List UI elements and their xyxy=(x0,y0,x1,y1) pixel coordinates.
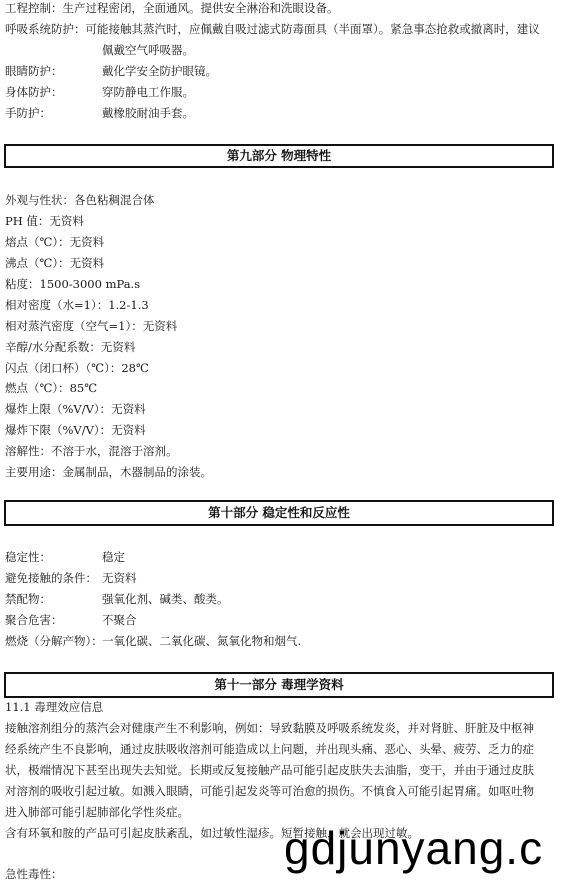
stability-row: 稳定性：稳定 xyxy=(5,549,51,565)
hand-protection-row: 手防护：戴橡胶耐油手套。 xyxy=(5,105,51,121)
section-11-header: 第十一部分 毒理学资料 xyxy=(4,672,554,698)
polymerization-hazard-row: 聚合危害：不聚合 xyxy=(5,612,63,628)
engineering-control-label: 工程控制： xyxy=(5,1,63,15)
acute-toxicity-label: 急性毒性： xyxy=(5,866,63,882)
combustion-products-value: 一氧化碳、二氧化碳、氮氧化物和烟气. xyxy=(102,633,301,649)
eye-protection-label: 眼睛防护： xyxy=(5,64,63,78)
stability-value: 稳定 xyxy=(102,549,125,565)
incompatible-materials-value: 强氧化剂、碱类、酸类。 xyxy=(102,591,229,607)
physical-property-item: 主要用途：金属制品，木器制品的涂装。 xyxy=(5,464,212,480)
polymerization-hazard-label: 聚合危害： xyxy=(5,613,63,627)
body-protection-value: 穿防静电工作服。 xyxy=(102,84,194,100)
physical-property-item: 外观与性状：各色粘稠混合体 xyxy=(5,192,155,208)
toxicology-paragraph-line: 接触溶剂组分的蒸汽会对健康产生不利影响，例如：导致黏膜及呼吸系统发炎，并对肾脏、… xyxy=(5,720,534,736)
combustion-products-row: 燃烧（分解产物）：一氧化碳、二氧化碳、氮氧化物和烟气. xyxy=(5,633,103,649)
toxicology-paragraph-line: 进入肺部可能引起肺部化学性炎症。 xyxy=(5,804,189,820)
eye-protection-row: 眼睛防护：戴化学安全防护眼镜。 xyxy=(5,63,63,79)
physical-property-item: 粘度：1500-3000 mPa.s xyxy=(5,276,140,292)
incompatible-materials-label: 禁配物： xyxy=(5,592,51,606)
physical-property-item: 爆炸上限（%V/V）：无资料 xyxy=(5,401,146,417)
respiratory-protection-row: 呼吸系统防护：可能接触其蒸汽时，应佩戴自吸过滤式防毒面具（半面罩）。紧急事态抢救… xyxy=(5,21,540,37)
section-10-title: 第十部分 稳定性和反应性 xyxy=(6,505,552,521)
physical-property-item: 沸点（℃）：无资料 xyxy=(5,255,104,271)
physical-property-item: PH 值：无资料 xyxy=(5,213,84,229)
respiratory-protection-value: 可能接触其蒸汽时，应佩戴自吸过滤式防毒面具（半面罩）。紧急事态抢救或撤离时，建议 xyxy=(86,22,540,36)
hand-protection-value: 戴橡胶耐油手套。 xyxy=(102,105,194,121)
eye-protection-value: 戴化学安全防护眼镜。 xyxy=(102,63,217,79)
combustion-products-label: 燃烧（分解产物）： xyxy=(5,634,103,648)
section-10-header: 第十部分 稳定性和反应性 xyxy=(4,500,554,526)
conditions-to-avoid-row: 避免接触的条件：无资料 xyxy=(5,570,97,586)
toxicology-subheading: 11.1 毒理效应信息 xyxy=(5,699,103,715)
physical-property-item: 燃点（℃）：85℃ xyxy=(5,380,97,396)
physical-property-item: 相对密度（水=1）：1.2-1.3 xyxy=(5,297,149,313)
engineering-control-row: 工程控制：生产过程密闭，全面通风。提供安全淋浴和洗眼设备。 xyxy=(5,0,339,16)
hand-protection-label: 手防护： xyxy=(5,106,51,120)
section-9-title: 第九部分 物理特性 xyxy=(6,148,552,164)
physical-property-item: 相对蒸汽密度（空气=1）：无资料 xyxy=(5,318,177,334)
stability-label: 稳定性： xyxy=(5,550,51,564)
physical-property-item: 闪点（闭口杯）（℃）：28℃ xyxy=(5,360,149,376)
toxicology-paragraph-line: 经系统产生不良影响，通过皮肤吸收溶剂可能造成以上问题，并出现头痛、恶心、头晕、疲… xyxy=(5,741,534,757)
physical-property-item: 溶解性：不溶于水，混溶于溶剂。 xyxy=(5,443,178,459)
polymerization-hazard-value: 不聚合 xyxy=(102,612,137,628)
toxicology-paragraph-line: 状，极端情况下甚至出现失去知觉。长期或反复接触产品可能引起皮肤失去油脂，变干，并… xyxy=(5,762,534,778)
physical-property-item: 辛醇/水分配系数：无资料 xyxy=(5,339,135,355)
physical-property-item: 熔点（℃）：无资料 xyxy=(5,234,104,250)
section-9-header: 第九部分 物理特性 xyxy=(4,144,554,168)
physical-property-item: 爆炸下限（%V/V）：无资料 xyxy=(5,422,146,438)
conditions-to-avoid-value: 无资料 xyxy=(102,570,137,586)
body-protection-label: 身体防护： xyxy=(5,85,63,99)
toxicology-paragraph-line: 对溶剂的吸收引起过敏。如溅入眼睛，可能引起发炎等可治愈的损伤。不慎食入可能引起胃… xyxy=(5,783,534,799)
respiratory-protection-continuation: 佩戴空气呼吸器。 xyxy=(102,42,194,58)
engineering-control-value: 生产过程密闭，全面通风。提供安全淋浴和洗眼设备。 xyxy=(63,1,339,15)
incompatible-materials-row: 禁配物：强氧化剂、碱类、酸类。 xyxy=(5,591,51,607)
body-protection-row: 身体防护：穿防静电工作服。 xyxy=(5,84,63,100)
respiratory-protection-label: 呼吸系统防护： xyxy=(5,22,86,36)
site-watermark: gdjunyang.c xyxy=(284,820,543,876)
conditions-to-avoid-label: 避免接触的条件： xyxy=(5,571,97,585)
section-11-title: 第十一部分 毒理学资料 xyxy=(6,677,552,693)
